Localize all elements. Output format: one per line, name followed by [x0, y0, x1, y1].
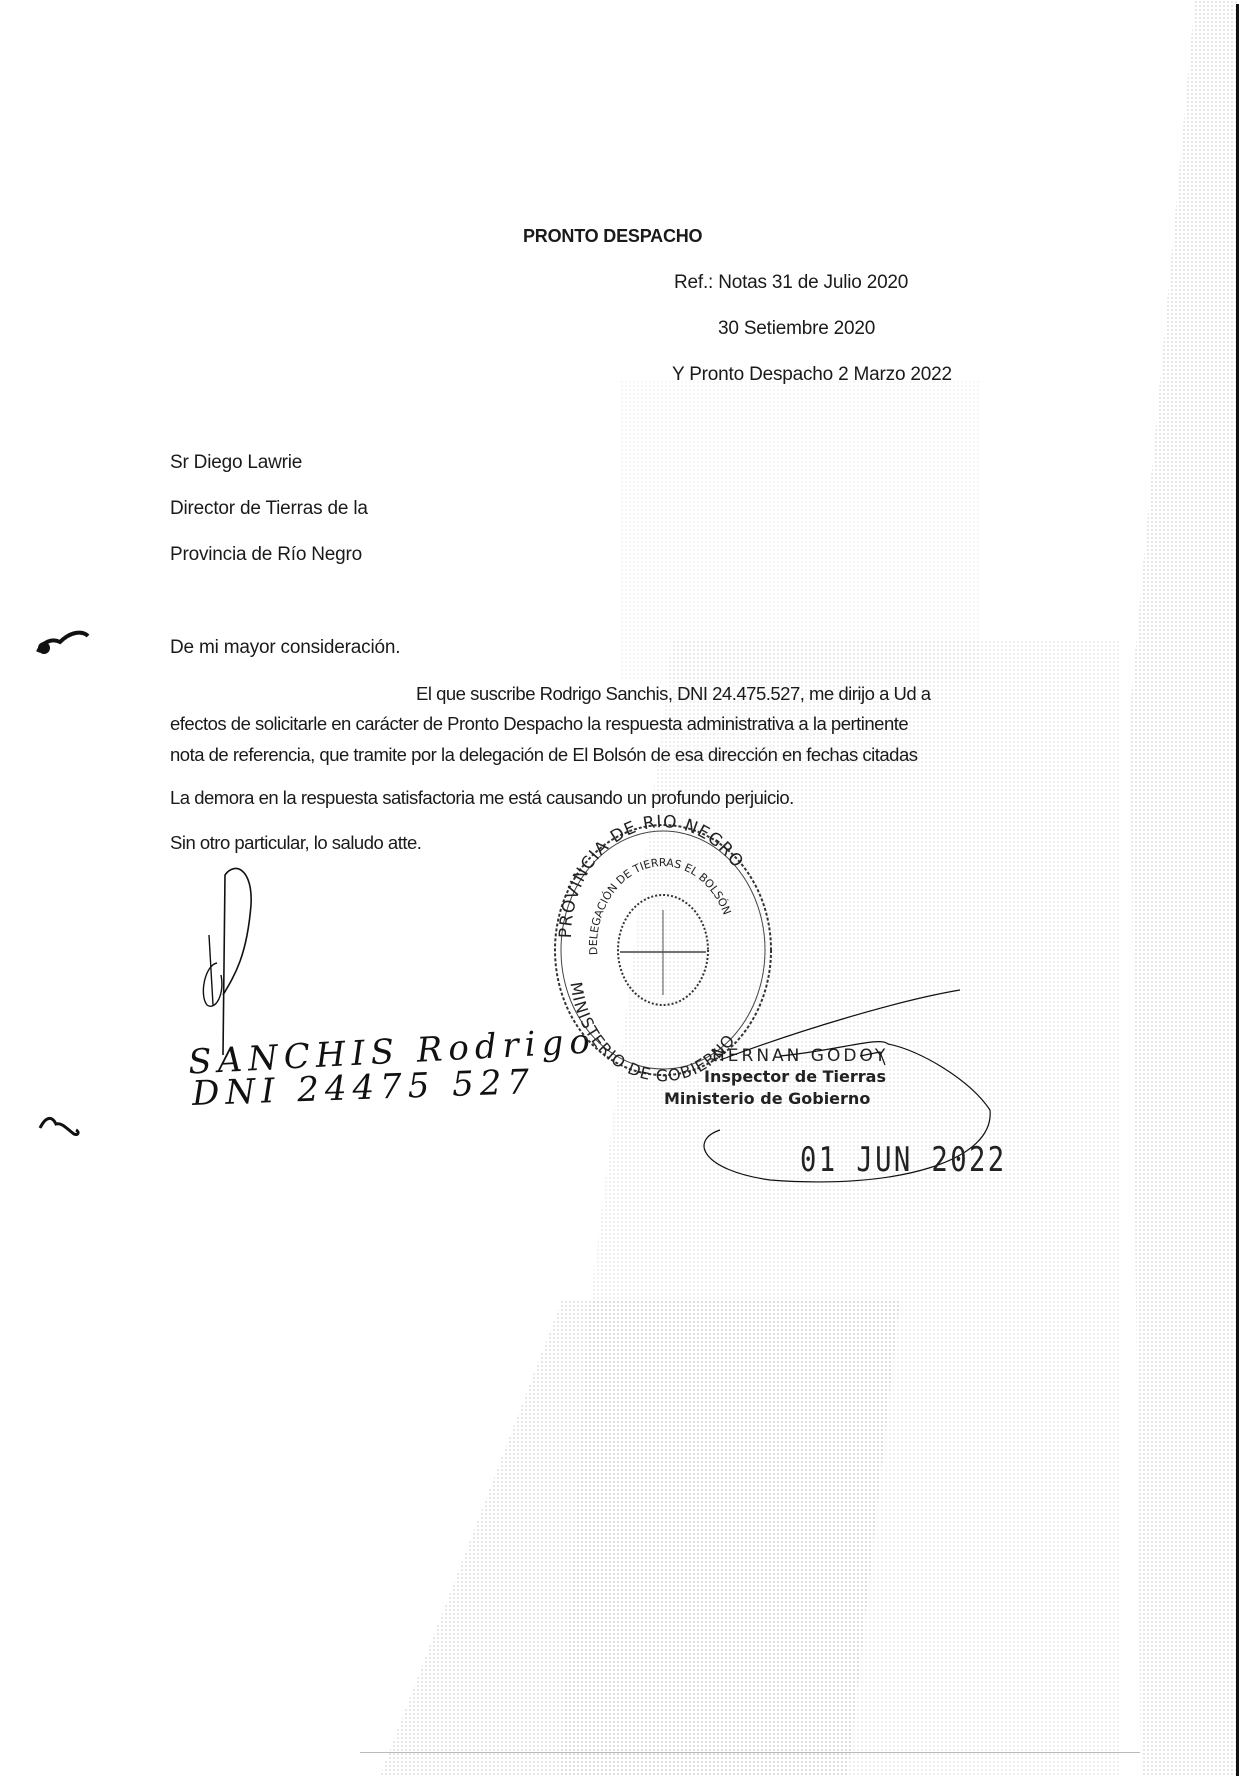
- scan-noise: [560, 640, 1120, 1776]
- receipt-date-stamp: 01 JUN 2022: [800, 1140, 1007, 1180]
- scan-noise: [620, 380, 980, 680]
- reference-line-3: Y Pronto Despacho 2 Marzo 2022: [672, 364, 952, 386]
- page-edge: [1236, 4, 1239, 1776]
- margin-mark-icon: [30, 620, 90, 660]
- scan-noise: [1130, 0, 1238, 1776]
- body-paragraph-line-3: nota de referencia, que tramite por la d…: [170, 744, 918, 766]
- page-bottom-edge: [360, 1752, 1140, 1753]
- document-title: PRONTO DESPACHO: [523, 226, 702, 247]
- signature-scribble: [195, 865, 285, 1065]
- svg-text:PROVINCIA DE RIO NEGRO: PROVINCIA DE RIO NEGRO: [556, 812, 748, 939]
- closing: Sin otro particular, lo saludo atte.: [170, 832, 421, 854]
- scan-noise: [380, 1300, 900, 1776]
- addressee-province: Provincia de Río Negro: [170, 544, 362, 566]
- margin-mark-icon: [36, 1110, 86, 1140]
- addressee-position: Director de Tierras de la: [170, 498, 368, 520]
- svg-text:DELEGACIÓN DE TIERRAS EL BOLSÓ: DELEGACIÓN DE TIERRAS EL BOLSÓN: [587, 856, 733, 955]
- salutation: De mi mayor consideración.: [170, 637, 400, 659]
- body-line-2: La demora en la respuesta satisfactoria …: [170, 787, 794, 809]
- body-paragraph-line-1: El que suscribe Rodrigo Sanchis, DNI 24.…: [416, 683, 931, 705]
- addressee-name: Sr Diego Lawrie: [170, 452, 302, 474]
- reference-line-2: 30 Setiembre 2020: [718, 318, 875, 340]
- body-paragraph-line-2: efectos de solicitarle en carácter de Pr…: [170, 713, 908, 735]
- reference-line-1: Ref.: Notas 31 de Julio 2020: [674, 272, 908, 294]
